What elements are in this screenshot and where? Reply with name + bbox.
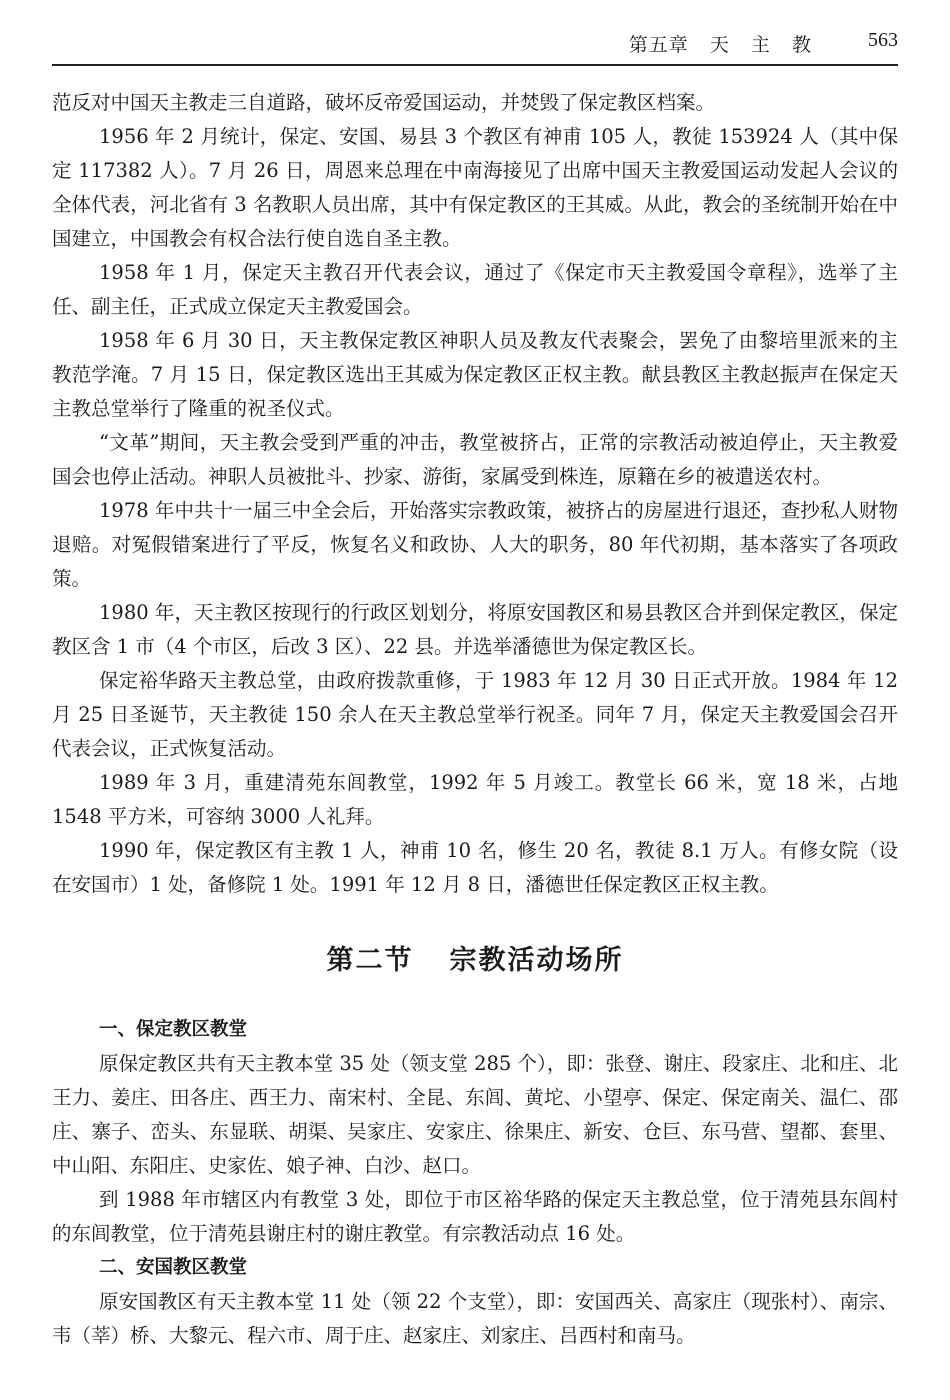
section-name: 宗教活动场所 [450, 945, 624, 976]
page-body: 范反对中国天主教走三自道路，破坏反帝爱国运动，并焚毁了保定教区档案。 1956 … [52, 86, 898, 1353]
section-title: 第二节宗教活动场所 [52, 938, 898, 977]
paragraph: 保定裕华路天主教总堂，由政府拨款重修，于 1983 年 12 月 30 日正式开… [52, 664, 898, 766]
paragraph: 1956 年 2 月统计，保定、安国、易县 3 个教区有神甫 105 人，教徒 … [52, 120, 898, 256]
header-rule [52, 64, 898, 66]
chapter-title: 第五章 天 主 教 [629, 30, 812, 57]
paragraph: 1980 年，天主教区按现行的行政区划划分，将原安国教区和易县教区合并到保定教区… [52, 596, 898, 664]
paragraph: 1978 年中共十一届三中全会后，开始落实宗教政策，被挤占的房屋进行退还，查抄私… [52, 494, 898, 596]
title-char: 教 [792, 34, 812, 56]
running-header: 第五章 天 主 教 563 [52, 0, 898, 68]
page-number: 563 [868, 29, 898, 52]
paragraph: 到 1988 年市辖区内有教堂 3 处，即位于市区裕华路的保定天主教总堂，位于清… [52, 1183, 898, 1251]
title-char: 主 [751, 34, 771, 56]
paragraph: 原安国教区有天主教本堂 11 处（领 22 个支堂），即：安国西关、高家庄（现张… [52, 1285, 898, 1353]
paragraph: 原保定教区共有天主教本堂 35 处（领支堂 285 个），即：张登、谢庄、段家庄… [52, 1047, 898, 1183]
subsection-heading: 二、安国教区教堂 [52, 1251, 898, 1285]
paragraph: 1958 年 1 月，保定天主教召开代表会议，通过了《保定市天主教爱国令章程》，… [52, 256, 898, 324]
paragraph: 1989 年 3 月，重建清苑东闾教堂，1992 年 5 月竣工。教堂长 66 … [52, 766, 898, 834]
subsection-heading: 一、保定教区教堂 [52, 1013, 898, 1047]
chapter-label: 第五章 [629, 34, 689, 56]
section-number: 第二节 [327, 945, 414, 976]
title-char: 天 [710, 34, 730, 56]
paragraph: 1958 年 6 月 30 日，天主教保定教区神职人员及教友代表聚会，罢免了由黎… [52, 324, 898, 426]
paragraph: 1990 年，保定教区有主教 1 人，神甫 10 名，修生 20 名，教徒 8.… [52, 834, 898, 902]
paragraph: 范反对中国天主教走三自道路，破坏反帝爱国运动，并焚毁了保定教区档案。 [52, 86, 898, 120]
paragraph: “文革”期间，天主教会受到严重的冲击，教堂被挤占，正常的宗教活动被迫停止，天主教… [52, 426, 898, 494]
